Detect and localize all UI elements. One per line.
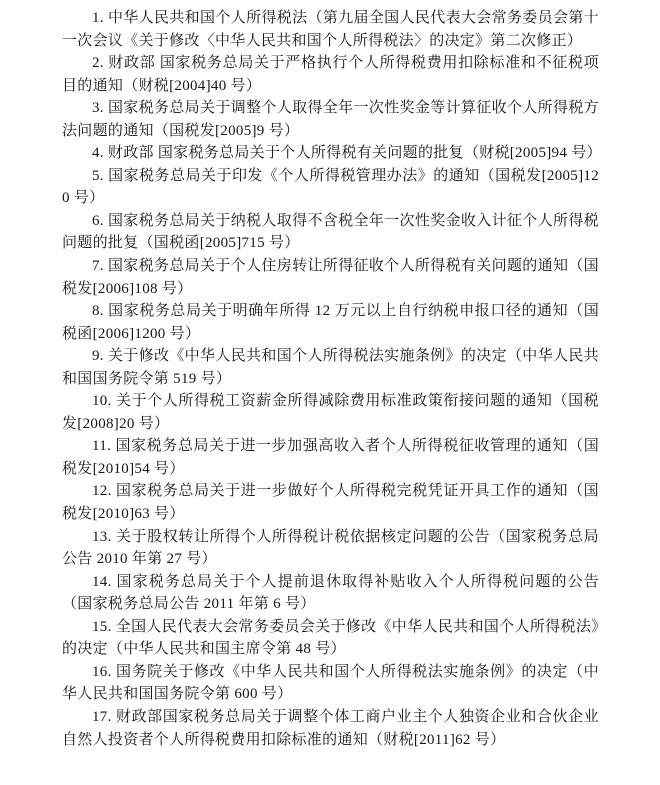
regulation-item-12: 12. 国家税务总局关于进一步做好个人所得税完税凭证开具工作的通知（国税发[20… [62, 480, 599, 525]
regulation-item-13: 13. 关于股权转让所得个人所得税计税依据核定问题的公告（国家税务总局公告 20… [62, 526, 599, 571]
regulation-item-10: 10. 关于个人所得税工资薪金所得减除费用标准政策衔接问题的通知（国税发[200… [62, 390, 599, 435]
regulation-item-2: 2. 财政部 国家税务总局关于严格执行个人所得税费用扣除标准和不征税项目的通知（… [62, 52, 599, 97]
regulation-item-14: 14. 国家税务总局关于个人提前退休取得补贴收入个人所得税问题的公告（国家税务总… [62, 571, 599, 616]
regulation-item-8: 8. 国家税务总局关于明确年所得 12 万元以上自行纳税申报口径的通知（国税函[… [62, 300, 599, 345]
regulation-item-3: 3. 国家税务总局关于调整个人取得全年一次性奖金等计算征收个人所得税方法问题的通… [62, 97, 599, 142]
regulation-item-17: 17. 财政部国家税务总局关于调整个体工商户业主个人独资企业和合伙企业自然人投资… [62, 706, 599, 751]
regulation-item-11: 11. 国家税务总局关于进一步加强高收入者个人所得税征收管理的通知（国税发[20… [62, 435, 599, 480]
document-page: 1. 中华人民共和国个人所得税法（第九届全国人民代表大会常务委员会第十一次会议《… [0, 0, 660, 785]
regulation-item-16: 16. 国务院关于修改《中华人民共和国个人所得税法实施条例》的决定（中华人民共和… [62, 661, 599, 706]
regulation-item-6: 6. 国家税务总局关于纳税人取得不含税全年一次性奖金收入计征个人所得税问题的批复… [62, 210, 599, 255]
regulation-item-1: 1. 中华人民共和国个人所得税法（第九届全国人民代表大会常务委员会第十一次会议《… [62, 7, 599, 52]
regulation-item-5: 5. 国家税务总局关于印发《个人所得税管理办法》的通知（国税发[2005]120… [62, 165, 599, 210]
regulation-item-7: 7. 国家税务总局关于个人住房转让所得征收个人所得税有关问题的通知（国税发[20… [62, 255, 599, 300]
regulation-item-9: 9. 关于修改《中华人民共和国个人所得税法实施条例》的决定（中华人民共和国国务院… [62, 345, 599, 390]
regulation-item-4: 4. 财政部 国家税务总局关于个人所得税有关问题的批复（财税[2005]94 号… [62, 142, 599, 165]
regulation-item-15: 15. 全国人民代表大会常务委员会关于修改《中华人民共和国个人所得税法》的决定（… [62, 616, 599, 661]
